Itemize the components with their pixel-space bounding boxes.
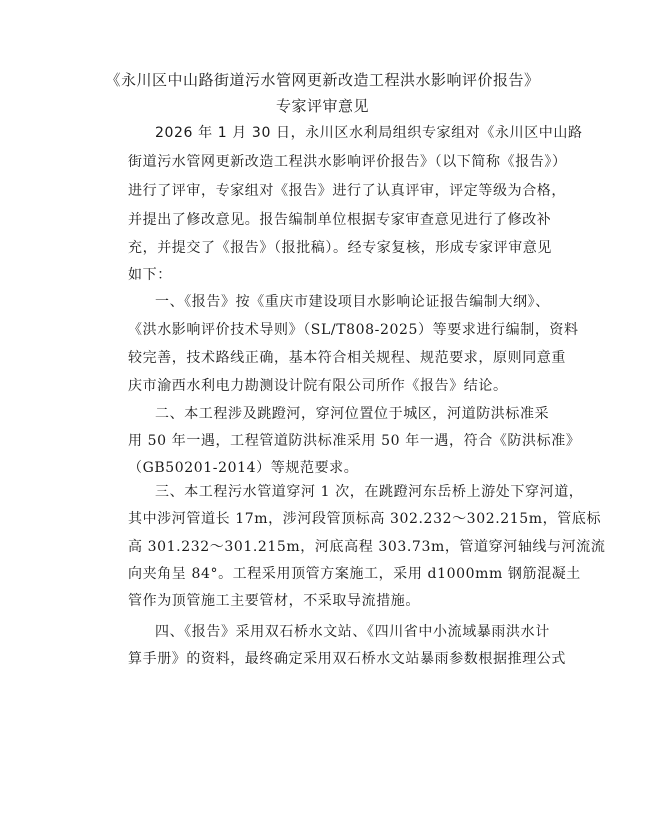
document-title: 《永川区中山路街道污水管网更新改造工程洪水影响评价报告》 [0, 70, 645, 90]
text-line: （GB50201-2014）等规范要求。 [128, 459, 518, 477]
text-line: 一、《报告》按《重庆市建设项目水影响论证报告编制大纲》、 [155, 293, 545, 311]
text-line: 庆市渝西水利电力勘测设计院有限公司所作《报告》结论。 [128, 377, 518, 395]
text-line: 并提出了修改意见。报告编制单位根据专家审查意见进行了修改补 [128, 211, 518, 229]
text-line: 向夹角呈 84°。工程采用顶管方案施工，采用 d1000mm 钢筋混凝土 [128, 565, 518, 583]
text-line: 用 50 年一遇，工程管道防洪标准采用 50 年一遇，符合《防洪标准》 [128, 432, 518, 450]
text-line: 2026 年 1 月 30 日，永川区水利局组织专家组对《永川区中山路 [155, 124, 545, 142]
text-line: 充，并提交了《报告》（报批稿）。经专家复核，形成专家评审意见 [128, 239, 518, 257]
text-line: 进行了评审，专家组对《报告》进行了认真评审，评定等级为合格， [128, 182, 518, 200]
text-line: 高 301.232～301.215m，河底高程 303.73m，管道穿河轴线与河… [128, 538, 518, 556]
text-line: 《洪水影响评价技术导则》（SL/T808-2025）等要求进行编制，资料 [128, 321, 518, 339]
text-line: 其中涉河管道长 17m，涉河段管顶标高 302.232～302.215m，管底标 [128, 510, 518, 528]
text-line: 如下： [128, 266, 518, 284]
text-line: 较完善，技术路线正确，基本符合相关规程、规范要求，原则同意重 [128, 349, 518, 367]
document-page: 《永川区中山路街道污水管网更新改造工程洪水影响评价报告》 专家评审意见 2026… [0, 0, 645, 834]
text-line: 管作为顶管施工主要管材，不采取导流措施。 [128, 592, 518, 610]
document-subtitle: 专家评审意见 [0, 96, 645, 116]
text-line: 四、《报告》采用双石桥水文站、《四川省中小流域暴雨洪水计 [155, 623, 545, 641]
text-line: 算手册》的资料，最终确定采用双石桥水文站暴雨参数根据推理公式 [128, 650, 518, 668]
text-line: 三、本工程污水管道穿河 1 次，在跳蹬河东岳桥上游处下穿河道， [155, 483, 545, 501]
text-line: 二、本工程涉及跳蹬河，穿河位置位于城区，河道防洪标准采 [155, 405, 545, 423]
text-line: 街道污水管网更新改造工程洪水影响评价报告》（以下简称《报告》） [128, 153, 518, 171]
